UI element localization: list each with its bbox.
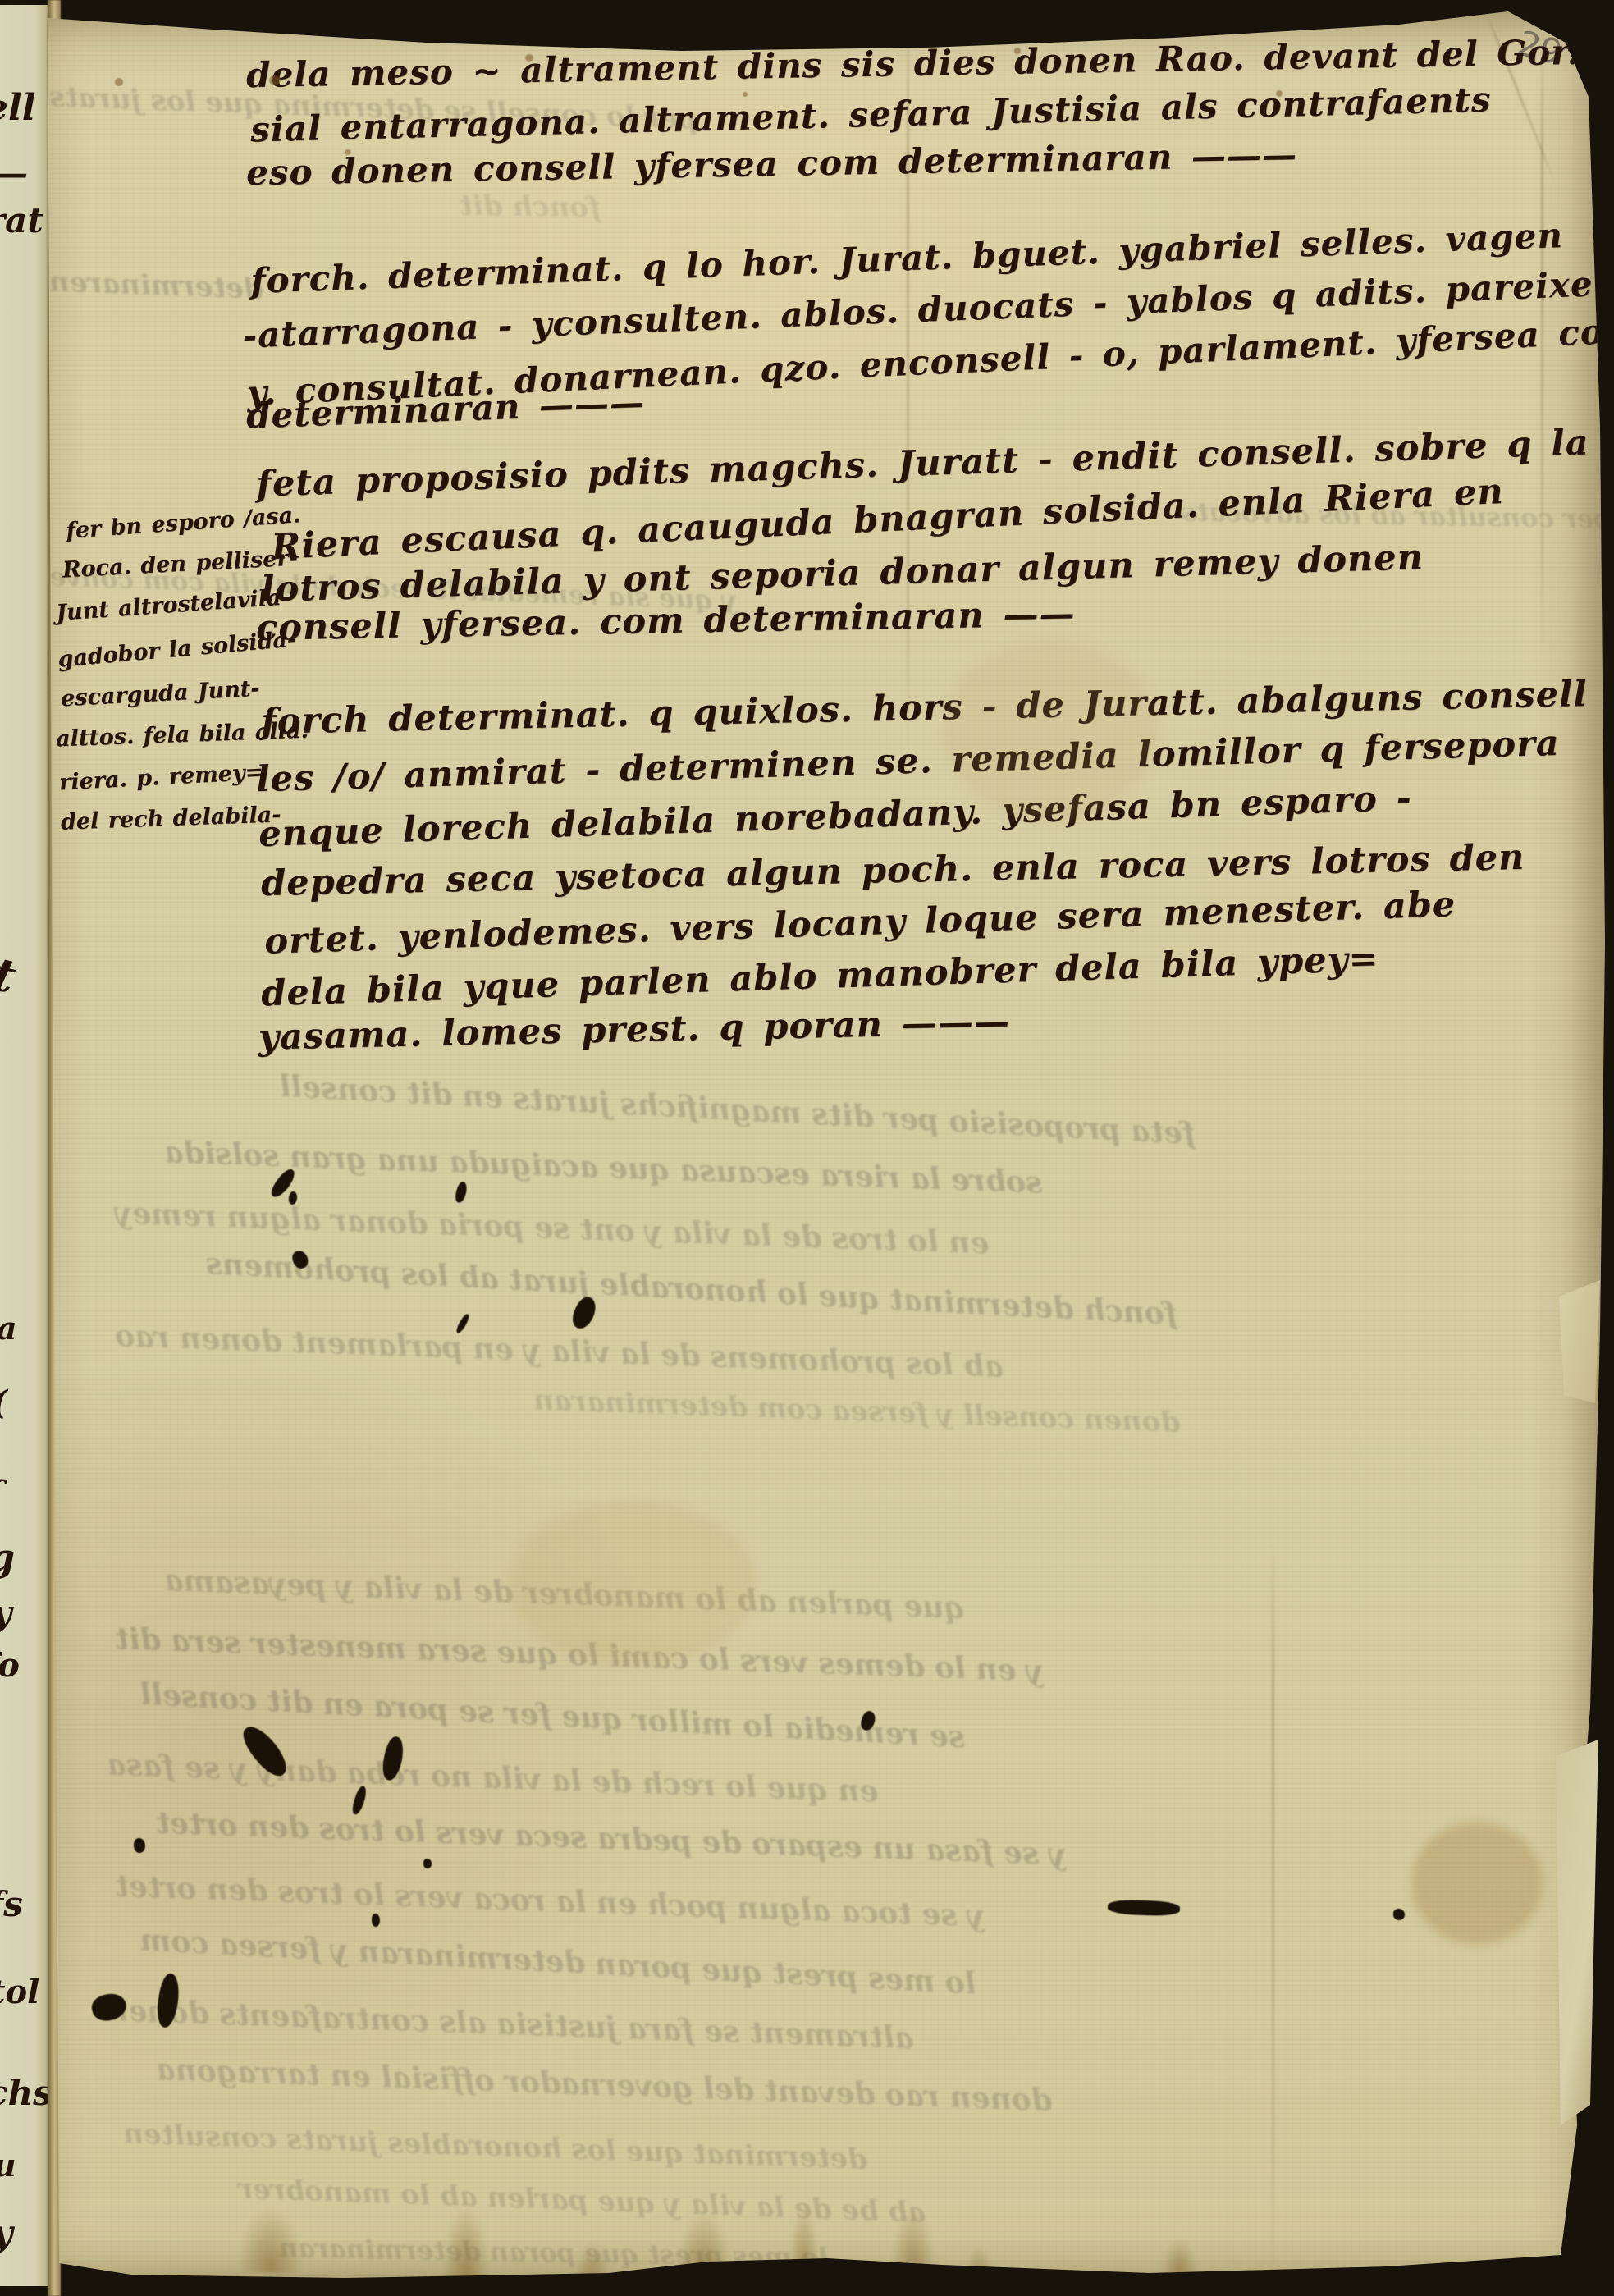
spine-fragment: rat xyxy=(0,200,43,240)
margin-note-line: fer bn esporo /asa. xyxy=(65,502,301,544)
bleedthrough-line: ab los prohomens de la vila y en parlame… xyxy=(115,1319,1004,1384)
foxing-speck xyxy=(1014,48,1021,54)
bleedthrough-line: donen rao devant del governador offisial… xyxy=(156,2052,1053,2118)
spine-fragment: y xyxy=(0,2212,13,2254)
bleedthrough-line: en que lo rech de la vila no reba dany y… xyxy=(107,1748,880,1809)
stain xyxy=(574,2242,610,2287)
margin-note-line: del rech delabila- xyxy=(61,802,281,835)
ink-blot xyxy=(858,1709,877,1732)
spine-fragment: a xyxy=(0,1310,17,1347)
stain xyxy=(944,640,1157,821)
crease-line xyxy=(1272,1543,1274,2281)
bleedthrough-line: y se toca algun poch en la roca vers lo … xyxy=(115,1869,985,1934)
spine-fragment: tol xyxy=(0,1973,39,2011)
stain xyxy=(443,2206,489,2280)
ink-blot xyxy=(134,1838,145,1853)
spine-fragment: g xyxy=(0,1535,15,1580)
stain xyxy=(1162,2239,1198,2276)
ink-blot xyxy=(288,1191,299,1205)
stain xyxy=(789,2204,819,2282)
ink-blot xyxy=(1393,1909,1405,1920)
stain xyxy=(965,2245,993,2288)
page-edge-curl xyxy=(1557,1280,1602,1403)
stain xyxy=(891,2209,935,2279)
bleedthrough-line: lo mes prest que poran determinaran y fe… xyxy=(139,1923,977,2001)
bleedthrough-line: ab be de la vila y que parlen ab lo mano… xyxy=(238,2172,926,2229)
foxing-speck xyxy=(525,54,533,62)
ink-blot xyxy=(455,1313,471,1335)
spine-fragment: ʃ xyxy=(0,1474,2,1516)
margin-note-line: gadobor la solsida- xyxy=(57,626,297,672)
bleedthrough-line: en lo tros de la vila y ont se poria don… xyxy=(115,1196,990,1260)
ink-blot xyxy=(454,1181,469,1204)
foxing-speck xyxy=(743,92,748,97)
bleedthrough-line: sobre la riera escausa que acaiguda una … xyxy=(164,1135,1043,1200)
foxing-speck xyxy=(115,78,123,86)
spine-fragment: ( xyxy=(0,1384,7,1422)
bleedthrough-line: donen consell y fersea com determinaran xyxy=(533,1384,1181,1438)
stain xyxy=(1411,1822,1543,1945)
spine-fragment: ell xyxy=(0,87,35,129)
stain xyxy=(678,2212,730,2276)
bleedthrough-line: altrament se fara justisia als contrafae… xyxy=(107,1993,915,2056)
spine-fragment: fo xyxy=(0,1646,20,1685)
manuscript-page: 29 per lo consell se determina que los j… xyxy=(0,0,1614,2296)
ink-blot xyxy=(155,1973,182,2029)
ink-blot xyxy=(372,1914,380,1927)
bleedthrough-line: determinaren xyxy=(48,265,263,305)
foxing-speck xyxy=(269,75,281,85)
bleedthrough-line: feta proposisio per dits magnifichs jura… xyxy=(279,1069,1196,1151)
spine-fragment: t xyxy=(0,947,21,1004)
stain xyxy=(509,1502,755,1666)
page-corner-fold xyxy=(1556,1740,1600,2125)
foxing-speck xyxy=(1276,90,1283,97)
ink-blot xyxy=(237,1720,293,1781)
foxing-speck xyxy=(345,149,351,155)
spine-fragment: u xyxy=(0,2147,16,2184)
margin-note-line: riera. p. remey= xyxy=(58,759,264,795)
ink-blot xyxy=(569,1294,601,1332)
prev-page-edge: ell — rat t a ( ʃ g y fo fs tol chs u y xyxy=(0,5,49,2286)
spine-fragment: fs xyxy=(0,1884,23,1924)
spine-fragment: y xyxy=(0,1593,11,1633)
ink-blot xyxy=(350,1785,369,1816)
spine-fragment: — xyxy=(0,154,28,193)
bleedthrough-line: fonch determinat que lo honorable jurat … xyxy=(205,1246,1178,1332)
bleedthrough-line: fonch dit xyxy=(460,190,601,225)
manuscript-scan: ell — rat t a ( ʃ g y fo fs tol chs u y … xyxy=(0,0,1614,2296)
ink-blot xyxy=(380,1735,407,1781)
stain xyxy=(238,2207,304,2273)
margin-note-line: escarguda Junt- xyxy=(60,676,260,712)
bleedthrough-line: y se fasa un esparo de pedra seca vers l… xyxy=(156,1806,1068,1873)
ink-blot xyxy=(89,1990,130,2024)
bleedthrough-line: determinat que los honorables jurats con… xyxy=(123,2117,868,2176)
ink-blot xyxy=(290,1249,310,1271)
ink-blot xyxy=(423,1859,432,1868)
ink-blot xyxy=(1108,1899,1181,1916)
spine-fragment: chs xyxy=(0,2073,53,2113)
bleedthrough-line: lo mes prest que poran determinaran xyxy=(279,2232,830,2273)
